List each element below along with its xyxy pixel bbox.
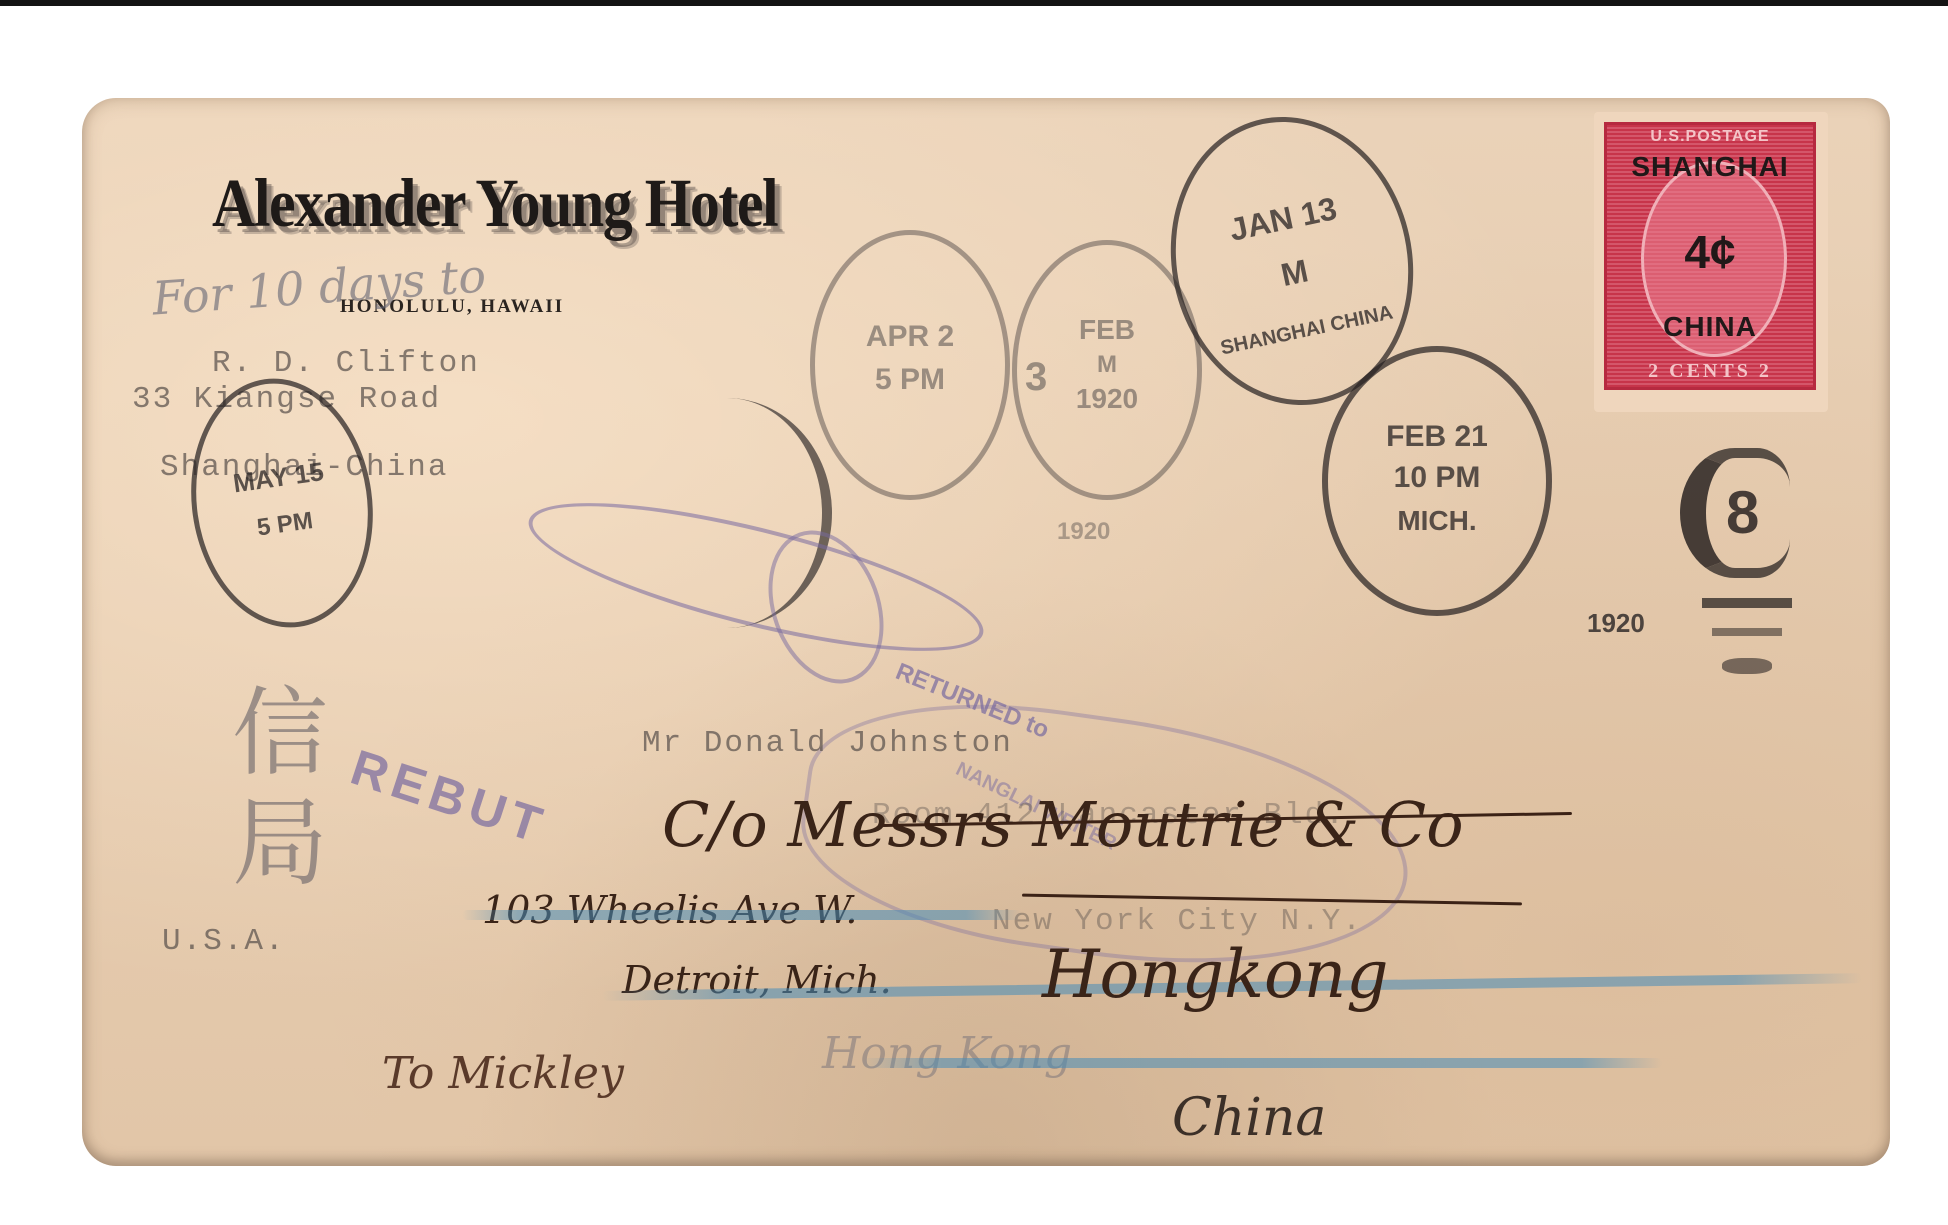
postmark-year: 1920 — [1587, 608, 1645, 639]
new-country: China — [1172, 1088, 1326, 1148]
rebut-handstamp: REBUT — [344, 738, 554, 856]
stamp-bottom-text: 2 CENTS 2 — [1607, 360, 1813, 383]
addressee-country: U.S.A. — [162, 924, 286, 959]
return-address-line-1: R. D. Clifton — [212, 346, 480, 381]
care-of-line: C/o Messrs Moutrie & Co — [662, 788, 1464, 861]
postage-stamp: U.S.POSTAGE SHANGHAI 4¢ CHINA 2 CENTS 2 — [1594, 112, 1828, 412]
addressee-name: Mr Donald Johnston — [642, 726, 1013, 761]
postmark-april: APR 2 5 PM — [810, 230, 1010, 500]
hotel-name: Alexander Young Hotel — [212, 164, 777, 243]
scan-border — [0, 0, 1948, 6]
postmark-detroit: FEB 21 10 PM MICH. — [1322, 346, 1552, 616]
blue-strikethrough — [862, 1058, 1662, 1068]
addressee-line-3: New York City N.Y. — [992, 904, 1363, 939]
stamp-overprint-country: CHINA — [1607, 311, 1813, 343]
stamp-top-text: U.S.POSTAGE — [1607, 128, 1813, 146]
chinese-pencil-mark: 信 局 — [232, 678, 328, 899]
killer-bar — [1712, 628, 1782, 636]
killer-bar — [1702, 598, 1792, 608]
killer-bar — [1722, 658, 1772, 674]
duplex-killer: 8 — [1680, 448, 1790, 578]
new-city: Hongkong — [1042, 936, 1389, 1013]
stamp-overprint-value: 4¢ — [1607, 225, 1813, 279]
blue-strikethrough — [462, 910, 1022, 920]
envelope: Alexander Young Hotel HONOLULU, HAWAII F… — [82, 98, 1890, 1166]
to-note: To Mickley — [382, 1048, 624, 1099]
postmark-year-faint: 1920 — [1057, 518, 1110, 546]
pencil-faint: Hong Kong — [822, 1028, 1072, 1079]
stamp-overprint-city: SHANGHAI — [1607, 151, 1813, 183]
